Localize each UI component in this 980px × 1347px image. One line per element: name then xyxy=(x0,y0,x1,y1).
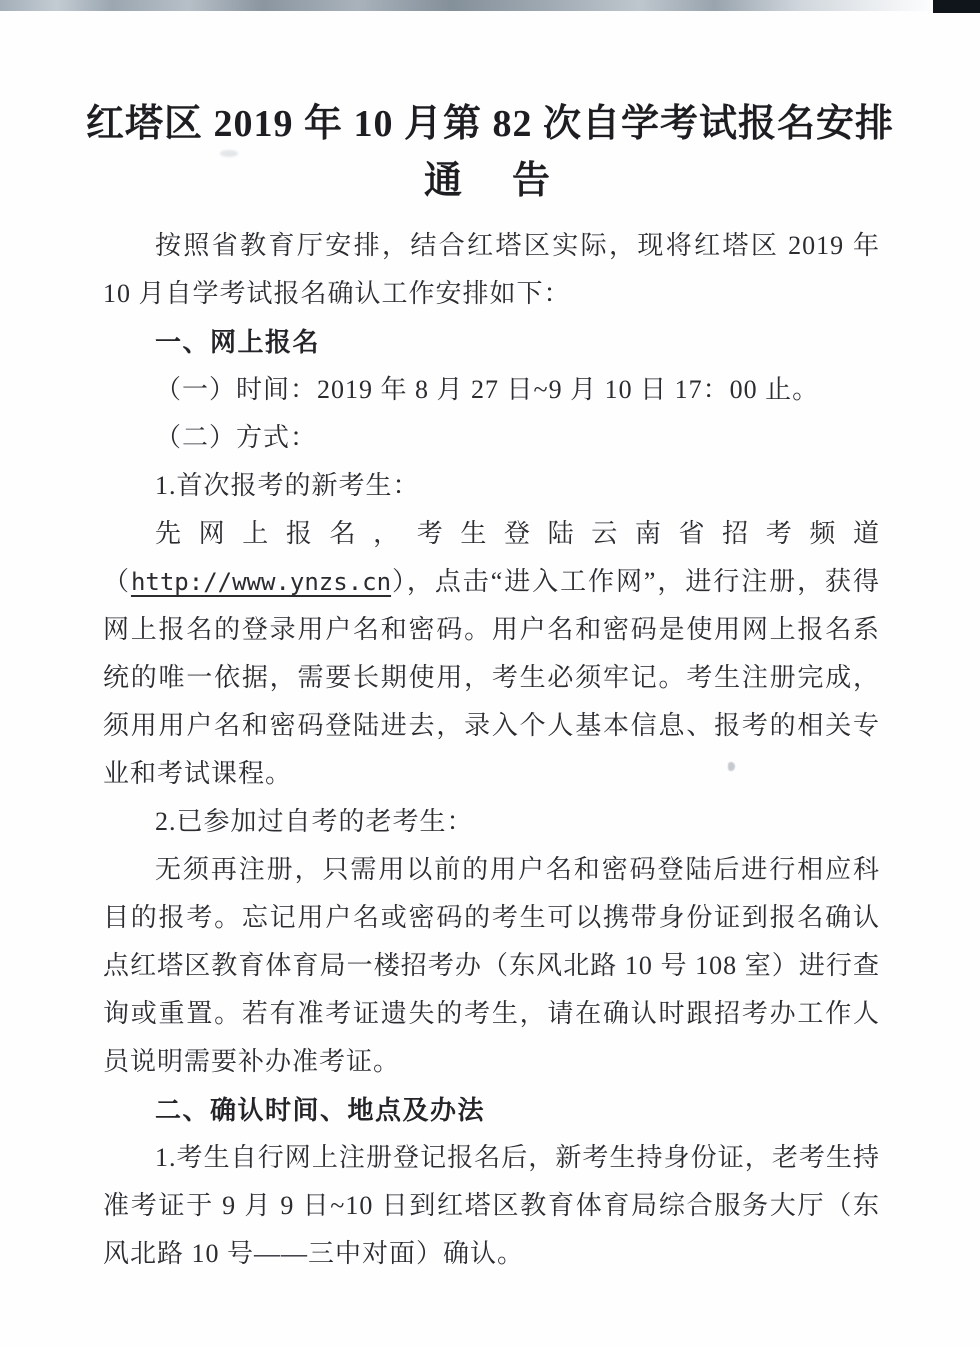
old-students-paragraph: 无须再注册，只需用以前的用户名和密码登陆后进行相应科目的报考。忘记用户名或密码的… xyxy=(103,846,880,1086)
confirmation-paragraph: 1.考生自行网上注册登记报名后，新考生持身份证，老考生持准考证于 9 月 9 日… xyxy=(103,1134,880,1278)
document-title-line1: 红塔区 2019 年 10 月第 82 次自学考试报名安排 xyxy=(0,96,980,153)
new-students-heading: 1.首次报考的新考生： xyxy=(103,462,880,510)
new-students-paragraph: 先网上报名，考生登陆云南省招考频道（http://www.ynzs.cn），点击… xyxy=(103,510,880,798)
scan-smudge xyxy=(220,150,238,157)
section1-heading: 一、网上报名 xyxy=(103,318,880,366)
new-students-text-post: ），点击“进入工作网”，进行注册，获得网上报名的登录用户名和密码。用户名和密码是… xyxy=(103,567,880,788)
document-title-line2: 通 告 xyxy=(0,153,980,210)
old-students-heading: 2.已参加过自考的老考生： xyxy=(103,798,880,846)
registration-url-link[interactable]: http://www.ynzs.cn xyxy=(131,568,391,596)
intro-paragraph: 按照省教育厅安排，结合红塔区实际，现将红塔区 2019 年 10 月自学考试报名… xyxy=(103,222,880,318)
document-body: 按照省教育厅安排，结合红塔区实际，现将红塔区 2019 年 10 月自学考试报名… xyxy=(0,210,980,1278)
scan-corner-mark xyxy=(933,0,980,13)
scan-edge-artifact xyxy=(0,0,940,11)
section1-time-line: （一）时间：2019 年 8 月 27 日~9 月 10 日 17：00 止。 xyxy=(103,366,880,414)
scanned-document-page: 红塔区 2019 年 10 月第 82 次自学考试报名安排 通 告 按照省教育厅… xyxy=(0,0,980,1347)
section2-heading: 二、确认时间、地点及办法 xyxy=(103,1086,880,1134)
scan-smudge xyxy=(728,762,735,771)
document-title-block: 红塔区 2019 年 10 月第 82 次自学考试报名安排 通 告 xyxy=(0,0,980,210)
section1-method-label: （二）方式： xyxy=(103,414,880,462)
